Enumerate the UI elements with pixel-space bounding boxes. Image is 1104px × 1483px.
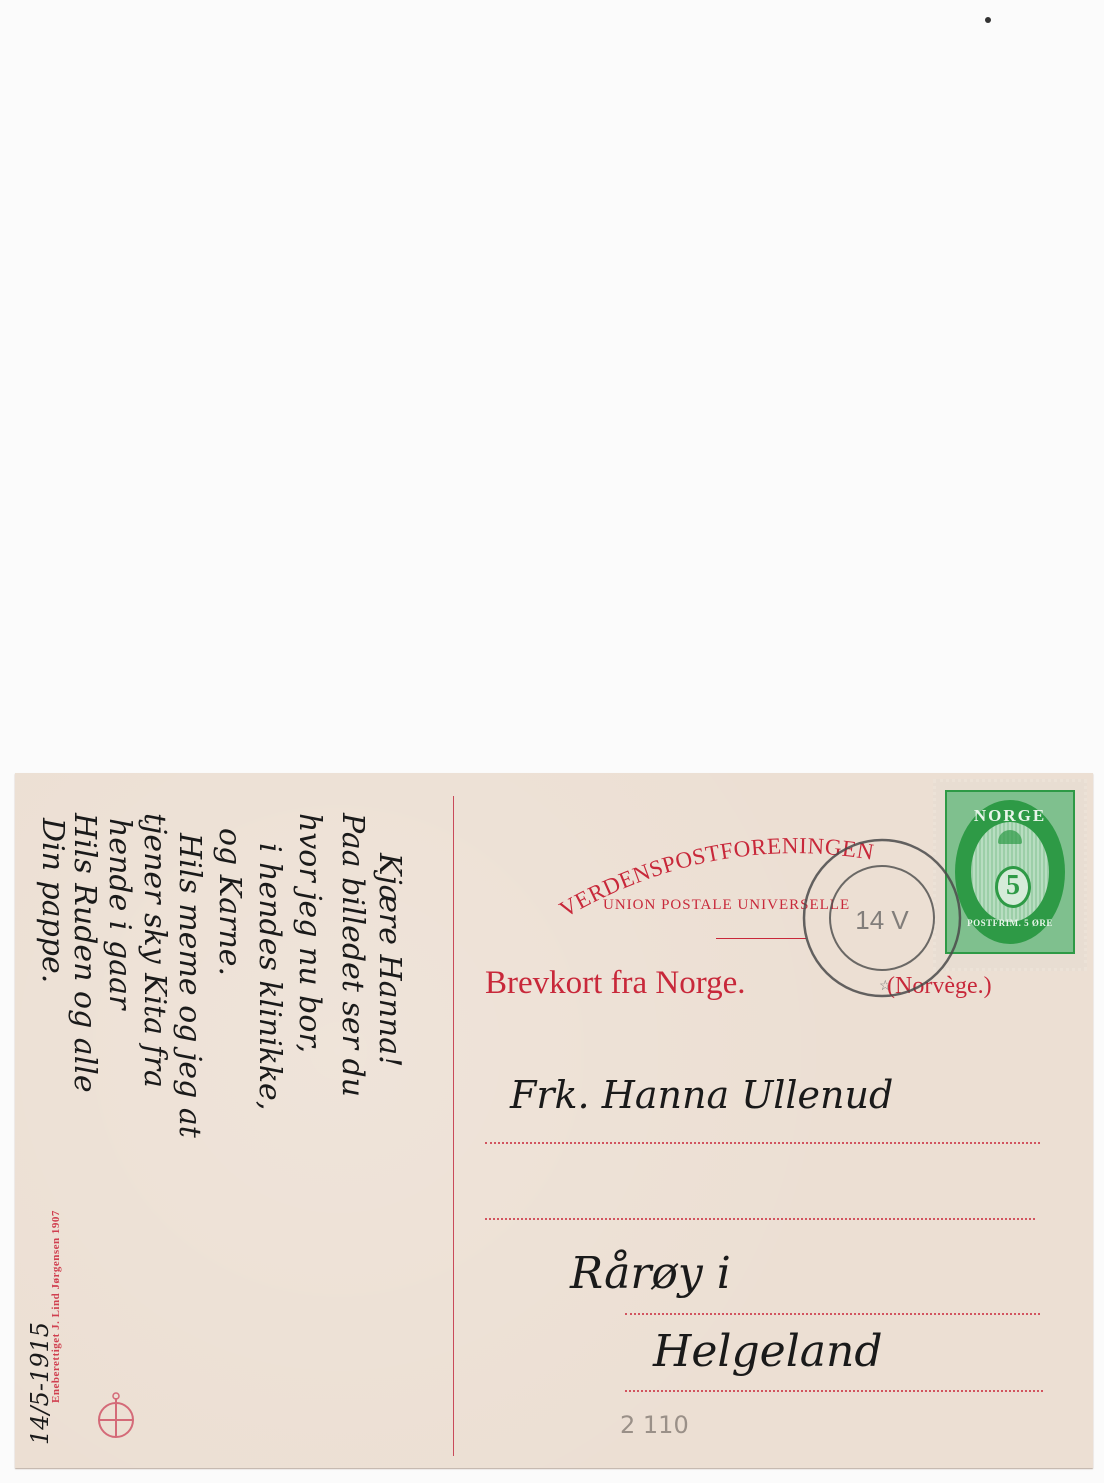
recipient-name: Frk. Hanna Ullenud — [510, 1073, 893, 1117]
header-rule — [716, 938, 806, 939]
center-divider — [453, 796, 454, 1456]
crown-icon — [998, 830, 1022, 844]
postcard: Kjære Hanna! Paa billedet ser du hvor je… — [15, 773, 1093, 1468]
message-line: og Karne. — [212, 828, 247, 976]
posthorn-icon: 5 — [995, 866, 1031, 908]
message-line: Kjære Hanna! — [372, 853, 407, 1067]
address-line-1 — [485, 1142, 1040, 1144]
message-line: tjener sky Kita fra — [137, 813, 172, 1088]
stamp-value: 5 — [998, 870, 1028, 902]
message-line: i hendes klinikke, — [252, 843, 287, 1110]
address-line-2 — [485, 1218, 1035, 1220]
message-line: Hils meme og jeg at — [172, 833, 207, 1138]
message-line: Paa billedet ser du — [335, 813, 370, 1097]
recipient-region: Helgeland — [653, 1326, 883, 1377]
postcard-title: Brevkort fra Norge. — [485, 965, 746, 1002]
message-line: hvor jeg nu bor, — [292, 813, 327, 1053]
message-line: hende i gaar — [102, 818, 137, 1009]
svg-text:14 V: 14 V — [855, 905, 909, 935]
message-line: Hils Ruden og alle — [67, 813, 102, 1093]
address-line-3 — [625, 1313, 1040, 1315]
pencil-note: 2 110 — [620, 1411, 689, 1439]
publisher-logo-icon — [95, 1390, 137, 1442]
stamp-denomination: POSTFRIM. 5 ØRE — [955, 918, 1065, 928]
recipient-place: Rårøy i — [570, 1248, 731, 1299]
message-date: 14/5-1915 — [26, 1322, 54, 1445]
scan-dust-speck — [985, 17, 991, 23]
postmark: 14 V — [797, 833, 967, 1003]
address-line-4 — [625, 1390, 1043, 1392]
message-line: Din pappe. — [35, 818, 70, 983]
